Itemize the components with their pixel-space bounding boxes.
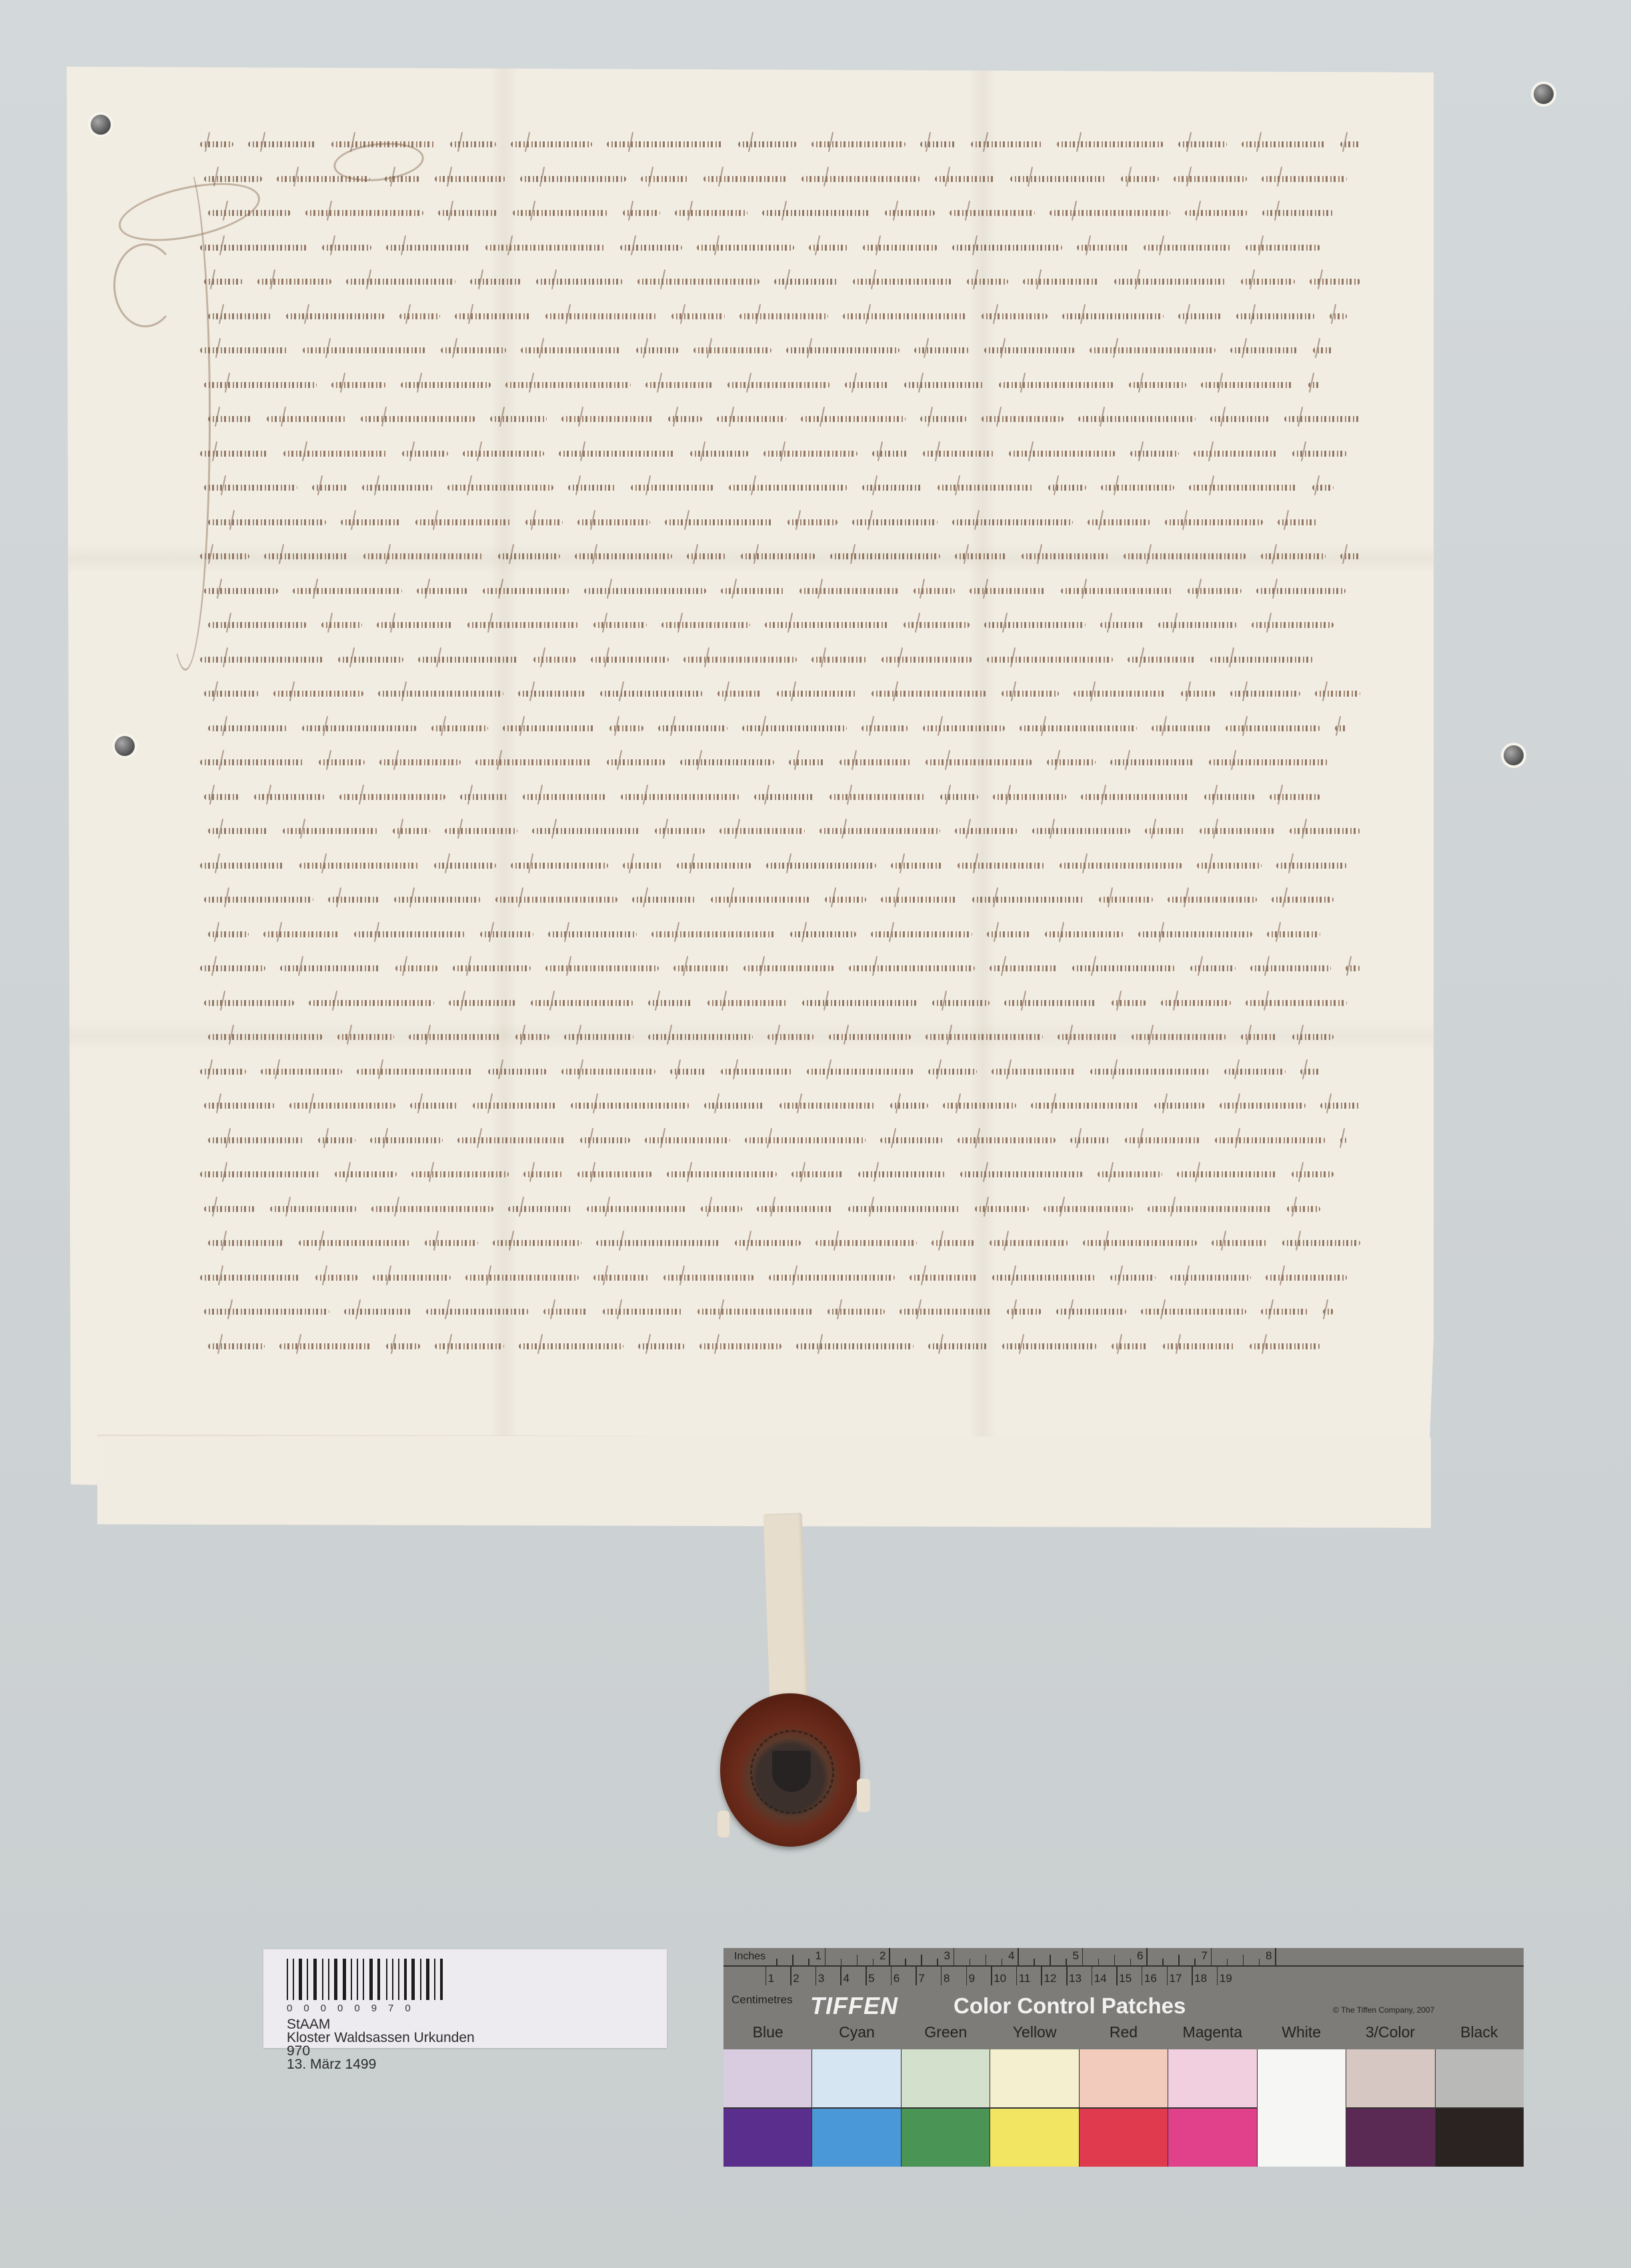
script-word	[992, 1275, 1096, 1281]
script-word	[559, 451, 675, 457]
barcode-bar	[343, 1959, 346, 2000]
script-word	[952, 245, 1062, 251]
script-word	[1022, 553, 1109, 559]
script-word	[787, 519, 838, 525]
script-word	[596, 1240, 720, 1246]
barcode-bar	[375, 1959, 375, 2000]
inch-tick	[1275, 1948, 1276, 1965]
script-word	[1276, 863, 1347, 869]
script-word	[415, 519, 511, 525]
script-word	[882, 657, 972, 663]
script-word	[987, 931, 1030, 937]
inch-subtick	[986, 1955, 987, 1965]
script-line	[200, 614, 1394, 638]
script-word	[914, 588, 955, 594]
seal-coat-of-arms-icon	[772, 1751, 811, 1792]
script-word	[603, 1309, 683, 1315]
script-word	[470, 279, 521, 285]
script-word	[1009, 451, 1116, 457]
script-word	[568, 485, 616, 491]
script-word	[339, 794, 445, 800]
patch-light	[1168, 2049, 1256, 2109]
script-word	[410, 1103, 458, 1109]
script-word	[1057, 141, 1164, 147]
patch-light	[723, 2049, 811, 2109]
script-word	[1078, 416, 1196, 422]
patch-column-magenta	[1168, 2049, 1257, 2167]
script-word	[1308, 382, 1320, 388]
script-word	[786, 347, 900, 353]
script-word	[707, 1000, 787, 1006]
script-word	[1161, 1000, 1231, 1006]
script-word	[982, 416, 1064, 422]
script-word	[779, 1103, 876, 1109]
cm-number: 16	[1144, 1972, 1157, 1985]
barcode-bar	[369, 1959, 373, 2000]
script-word	[972, 897, 1084, 903]
script-word	[923, 725, 1005, 731]
script-word	[490, 416, 547, 422]
script-word	[645, 382, 713, 388]
script-word	[1278, 519, 1318, 525]
script-word	[665, 519, 773, 525]
cm-tick	[1217, 1967, 1218, 1985]
cm-tick	[1167, 1967, 1168, 1985]
script-word	[992, 1069, 1076, 1075]
inch-tick	[889, 1948, 890, 1965]
inch-tick	[1082, 1948, 1084, 1965]
tiffen-color-chart: Inches 123456781234567891011121314151617…	[723, 1948, 1524, 2167]
script-word	[801, 176, 920, 182]
script-word	[426, 1309, 529, 1315]
script-word	[1002, 1343, 1097, 1349]
script-word	[1144, 245, 1231, 251]
seal-legend-ring	[750, 1730, 834, 1814]
script-word	[1112, 1343, 1148, 1349]
script-word	[663, 1275, 754, 1281]
script-word	[200, 863, 285, 869]
cm-tick	[966, 1967, 968, 1985]
script-word	[379, 759, 461, 765]
script-word	[952, 519, 1073, 525]
script-word	[299, 1240, 410, 1246]
inch-subtick	[1178, 1955, 1180, 1965]
patch-light	[990, 2049, 1078, 2109]
script-word	[204, 1103, 275, 1109]
script-word	[204, 279, 243, 285]
inch-subtick	[1002, 1959, 1003, 1965]
barcode-bar	[440, 1959, 443, 2000]
cm-number: 14	[1094, 1972, 1107, 1985]
script-word	[1060, 863, 1182, 869]
script-word	[204, 1206, 255, 1212]
script-word	[960, 1171, 1083, 1177]
script-word	[1098, 1171, 1162, 1177]
cm-tick	[840, 1967, 842, 1985]
barcode-bar	[420, 1959, 421, 2000]
script-word	[620, 245, 682, 251]
script-word	[923, 451, 994, 457]
script-word	[1292, 451, 1347, 457]
script-word	[670, 1069, 706, 1075]
script-word	[765, 622, 889, 628]
script-word	[402, 451, 448, 457]
script-word	[984, 347, 1075, 353]
script-word	[791, 1171, 844, 1177]
script-word	[790, 931, 856, 937]
script-word	[302, 725, 417, 731]
script-word	[1010, 176, 1106, 182]
script-line	[200, 751, 1394, 775]
script-word	[811, 657, 867, 663]
script-word	[641, 176, 689, 182]
script-word	[651, 931, 775, 937]
script-word	[862, 725, 908, 731]
script-word	[593, 622, 647, 628]
patch-light	[812, 2049, 900, 2109]
script-word	[335, 1171, 397, 1177]
script-word	[511, 863, 608, 869]
script-word	[1315, 691, 1360, 697]
script-word	[1007, 1309, 1042, 1315]
script-word	[621, 794, 739, 800]
inches-label: Inches	[734, 1951, 765, 1963]
script-word	[208, 210, 291, 216]
script-line	[200, 1026, 1394, 1050]
script-word	[564, 1034, 633, 1040]
script-word	[904, 622, 970, 628]
script-word	[828, 1309, 885, 1315]
script-word	[1340, 1137, 1347, 1143]
script-word	[645, 1137, 730, 1143]
barcode-bar	[287, 1959, 288, 2000]
inch-tick	[954, 1948, 955, 1965]
script-word	[1083, 1240, 1197, 1246]
script-word	[1090, 347, 1216, 353]
inch-subtick	[1114, 1955, 1116, 1965]
script-word	[1250, 965, 1331, 971]
script-word	[1110, 1275, 1156, 1281]
script-word	[417, 588, 468, 594]
script-word	[208, 313, 271, 319]
script-word	[1168, 897, 1257, 903]
script-word	[1047, 759, 1096, 765]
script-word	[769, 1275, 895, 1281]
cm-tick	[1041, 1967, 1042, 1985]
script-word	[742, 725, 847, 731]
script-word	[1177, 1171, 1277, 1177]
script-word	[1061, 588, 1173, 594]
patch-dark	[990, 2109, 1078, 2167]
script-word	[767, 1034, 814, 1040]
script-word	[655, 828, 705, 834]
label-date: 13. März 1499	[287, 2058, 475, 2071]
magnet-top-left-icon	[91, 115, 111, 135]
chart-title: Color Control Patches	[954, 1993, 1186, 2019]
patch-column-white	[1258, 2049, 1346, 2167]
tiffen-logo: TIFFEN	[810, 1992, 898, 2020]
inch-subtick	[1066, 1959, 1067, 1965]
script-word	[999, 382, 1114, 388]
script-word	[801, 416, 906, 422]
script-word	[1129, 382, 1186, 388]
barcode-bar	[382, 1959, 384, 2000]
barcode-bar	[331, 1959, 332, 2000]
script-word	[208, 1343, 265, 1349]
script-word	[729, 485, 848, 491]
script-word	[703, 176, 787, 182]
script-word	[399, 313, 440, 319]
barcode-bar	[310, 1959, 312, 2000]
script-word	[1262, 210, 1334, 216]
script-word	[204, 1000, 294, 1006]
cm-number: 7	[918, 1972, 924, 1985]
script-word	[809, 245, 848, 251]
script-word	[987, 657, 1113, 663]
script-word	[483, 588, 569, 594]
script-word	[385, 176, 420, 182]
inch-number: 4	[1008, 1949, 1014, 1963]
script-word	[362, 485, 433, 491]
cm-number: 15	[1119, 1972, 1132, 1985]
patch-label-yellow: Yellow	[990, 2023, 1079, 2045]
script-word	[600, 691, 703, 697]
patch-dark	[1258, 2108, 1346, 2167]
patch-label-green: Green	[902, 2023, 990, 2045]
script-word	[521, 347, 621, 353]
script-word	[845, 382, 890, 388]
cm-tick	[765, 1967, 767, 1985]
script-line	[200, 649, 1394, 673]
barcode-bar	[313, 1959, 317, 2000]
barcode-bar	[401, 1959, 402, 2000]
script-word	[441, 347, 506, 353]
script-word	[200, 1275, 301, 1281]
cm-number: 13	[1069, 1972, 1082, 1985]
barcode-bar	[290, 1959, 291, 2000]
script-word	[208, 931, 249, 937]
script-word	[204, 176, 262, 182]
script-line	[200, 786, 1394, 810]
script-word	[799, 588, 899, 594]
patch-light	[902, 2049, 990, 2109]
script-word	[328, 897, 379, 903]
script-word	[863, 245, 938, 251]
script-word	[204, 382, 317, 388]
script-word	[315, 1275, 358, 1281]
script-word	[697, 1309, 813, 1315]
script-line	[200, 511, 1394, 535]
script-word	[1256, 588, 1346, 594]
script-word	[1189, 485, 1298, 491]
script-word	[807, 1069, 914, 1075]
script-word	[762, 210, 870, 216]
script-word	[1132, 1034, 1226, 1040]
barcode-bar	[417, 1959, 419, 2000]
script-word	[825, 897, 866, 903]
script-word	[675, 210, 747, 216]
barcode-bar	[334, 1959, 337, 2000]
script-word	[561, 1069, 655, 1075]
script-word	[515, 1034, 549, 1040]
inch-subtick	[1034, 1959, 1035, 1965]
script-word	[280, 965, 381, 971]
script-word	[1032, 828, 1130, 834]
script-word	[1114, 279, 1226, 285]
script-word	[204, 588, 278, 594]
script-word	[498, 553, 560, 559]
script-word	[648, 1000, 693, 1006]
script-word	[1290, 828, 1360, 834]
script-word	[757, 1206, 834, 1212]
script-word	[435, 176, 505, 182]
script-word	[580, 1137, 630, 1143]
seal-tag-end	[717, 1811, 729, 1837]
inch-number: 5	[1073, 1949, 1079, 1963]
barcode-bar	[423, 1959, 424, 2000]
script-word	[457, 1137, 565, 1143]
archive-label: 00000970 StAAM Kloster Waldsassen Urkund…	[263, 1949, 667, 2048]
label-collection: Kloster Waldsassen Urkunden	[287, 2031, 475, 2045]
script-word	[1197, 863, 1262, 869]
script-word	[208, 1137, 303, 1143]
inch-subtick	[905, 1959, 906, 1965]
script-word	[671, 313, 725, 319]
script-word	[607, 759, 665, 765]
script-word	[872, 451, 908, 457]
script-word	[910, 1275, 978, 1281]
script-word	[820, 828, 940, 834]
script-word	[200, 1171, 320, 1177]
barcode-bar	[307, 1959, 308, 2000]
inch-subtick	[937, 1959, 938, 1965]
script-word	[505, 382, 631, 388]
barcode-bar	[404, 1959, 407, 2000]
script-word	[796, 1343, 914, 1349]
script-word	[493, 1240, 581, 1246]
script-word	[523, 794, 606, 800]
script-word	[881, 897, 958, 903]
script-word	[741, 553, 815, 559]
inch-subtick	[841, 1959, 842, 1965]
script-word	[208, 725, 287, 731]
script-word	[1088, 519, 1150, 525]
script-word	[373, 1275, 451, 1281]
seal-tag-end	[857, 1779, 870, 1812]
script-word	[1100, 622, 1144, 628]
inch-subtick	[1259, 1959, 1260, 1965]
barcode-bar	[339, 1959, 341, 2000]
script-word	[683, 657, 797, 663]
script-word	[338, 657, 403, 663]
script-word	[445, 828, 517, 834]
script-word	[932, 1240, 975, 1246]
script-word	[958, 1137, 1056, 1143]
cm-tick	[1142, 1967, 1143, 1985]
script-line	[200, 1198, 1394, 1222]
script-word	[204, 897, 313, 903]
script-word	[1099, 897, 1153, 903]
script-word	[701, 1206, 742, 1212]
script-word	[975, 1206, 1029, 1212]
script-word	[1313, 347, 1334, 353]
script-word	[394, 897, 481, 903]
cm-tick	[1016, 1967, 1018, 1985]
script-word	[829, 1034, 911, 1040]
inch-subtick	[1243, 1955, 1244, 1965]
patch-column-blue	[723, 2049, 812, 2167]
script-word	[204, 485, 297, 491]
script-line	[200, 889, 1394, 913]
inch-subtick	[873, 1959, 874, 1965]
barcode-bar	[360, 1959, 361, 2000]
inch-subtick	[857, 1955, 858, 1965]
script-word	[344, 1309, 411, 1315]
script-word	[637, 279, 759, 285]
barcode-bar	[437, 1959, 438, 2000]
script-word	[1335, 725, 1347, 731]
script-word	[378, 691, 503, 697]
script-word	[1310, 279, 1360, 285]
script-word	[208, 622, 307, 628]
script-word	[337, 1034, 394, 1040]
barcode-bar	[357, 1959, 358, 2000]
script-word	[763, 451, 858, 457]
cm-tick	[891, 1967, 892, 1985]
script-word	[1031, 1103, 1140, 1109]
patch-column-3-color	[1346, 2049, 1435, 2167]
patch-label-white: White	[1257, 2023, 1346, 2045]
script-word	[1312, 485, 1334, 491]
script-word	[711, 897, 810, 903]
script-word	[1200, 828, 1275, 834]
script-word	[607, 141, 723, 147]
script-word	[1058, 1034, 1117, 1040]
script-word	[680, 759, 774, 765]
barcode	[287, 1959, 445, 2000]
barcode-bar	[377, 1959, 381, 2000]
script-word	[1121, 176, 1159, 182]
script-word	[926, 1034, 1043, 1040]
patch-label-black: Black	[1435, 2023, 1524, 2045]
script-word	[309, 1000, 434, 1006]
cm-tick	[815, 1967, 817, 1985]
script-word	[460, 794, 508, 800]
script-word	[1185, 210, 1248, 216]
patch-dark	[1436, 2109, 1524, 2167]
script-word	[1110, 759, 1194, 765]
cm-number: 17	[1170, 1972, 1182, 1985]
script-word	[1267, 931, 1320, 937]
script-word	[277, 176, 370, 182]
script-word	[667, 1171, 777, 1177]
script-word	[743, 965, 834, 971]
script-word	[636, 347, 679, 353]
script-word	[1188, 588, 1242, 594]
script-word	[774, 279, 838, 285]
barcode-bar	[325, 1959, 326, 2000]
script-line	[200, 820, 1394, 844]
barcode-bar	[426, 1959, 429, 2000]
script-word	[1101, 485, 1174, 491]
script-word	[200, 553, 249, 559]
script-word	[208, 1034, 323, 1040]
script-word	[1340, 141, 1360, 147]
script-word	[200, 245, 307, 251]
patch-dark	[723, 2109, 811, 2167]
script-line	[200, 957, 1394, 981]
script-word	[447, 485, 553, 491]
